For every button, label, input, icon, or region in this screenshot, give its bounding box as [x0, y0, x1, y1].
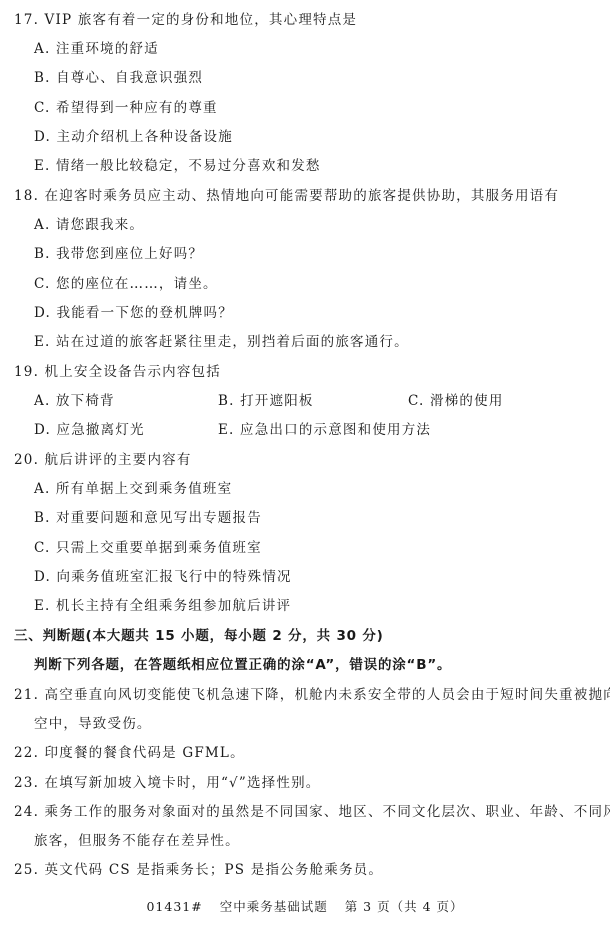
question-stem: 20. 航后讲评的主要内容有: [14, 451, 192, 469]
option-d: D. 我能看一下您的登机牌吗？: [34, 304, 233, 322]
question-stem: 19. 机上安全设备告示内容包括: [14, 363, 221, 381]
option-e: E. 应急出口的示意图和使用方法: [218, 421, 431, 439]
question-23: 23. 在填写新加坡入境卡时，用“√”选择性别。: [14, 774, 320, 792]
question-24: 24. 乘务工作的服务对象面对的虽然是不同国家、地区、不同文化层次、职业、年龄、…: [14, 803, 610, 821]
exam-code: 01431#: [146, 899, 202, 914]
question-22: 22. 印度餐的餐食代码是 GFML。: [14, 744, 245, 762]
option-a: A. 注重环境的舒适: [34, 40, 159, 58]
option-a: A. 请您跟我来。: [34, 216, 144, 234]
option-b: B. 打开遮阳板: [218, 392, 314, 410]
option-e: E. 机长主持有全组乘务组参加航后讲评: [34, 597, 291, 615]
option-d: D. 主动介绍机上各种设备设施: [34, 128, 233, 146]
option-b: B. 我带您到座位上好吗？: [34, 245, 203, 263]
option-b: B. 自尊心、自我意识强烈: [34, 69, 203, 87]
option-d: D. 应急撤离灯光: [34, 421, 145, 439]
page-number: 第 3 页（共 4 页）: [345, 899, 464, 914]
page-footer: 01431# 空中乘务基础试题 第 3 页（共 4 页）: [0, 897, 610, 915]
section-instruction: 判断下列各题，在答题纸相应位置正确的涂“A”，错误的涂“B”。: [34, 656, 451, 674]
option-d: D. 向乘务值班室汇报飞行中的特殊情况: [34, 568, 292, 586]
exam-title: 空中乘务基础试题: [220, 899, 328, 914]
question-21: 21. 高空垂直向风切变能使飞机急速下降，机舱内未系安全带的人员会由于短时间失重…: [14, 686, 610, 704]
question-25: 25. 英文代码 CS 是指乘务长；PS 是指公务舱乘务员。: [14, 861, 383, 879]
option-c: C. 希望得到一种应有的尊重: [34, 99, 218, 117]
option-e: E. 站在过道的旅客赶紧往里走，别挡着后面的旅客通行。: [34, 333, 409, 351]
option-c: C. 只需上交重要单据到乘务值班室: [34, 539, 262, 557]
question-24-continued: 旅客，但服务不能存在差异性。: [34, 832, 240, 850]
option-b: B. 对重要问题和意见写出专题报告: [34, 509, 262, 527]
option-c: C. 您的座位在……，请坐。: [34, 275, 218, 293]
option-e: E. 情绪一般比较稳定，不易过分喜欢和发愁: [34, 157, 321, 175]
option-a: A. 放下椅背: [34, 392, 115, 410]
question-21-continued: 空中，导致受伤。: [34, 715, 152, 733]
option-a: A. 所有单据上交到乘务值班室: [34, 480, 232, 498]
question-stem: 17. VIP 旅客有着一定的身份和地位，其心理特点是: [14, 11, 357, 29]
option-c: C. 滑梯的使用: [408, 392, 504, 410]
section-title: 三、判断题(本大题共 15 小题，每小题 2 分，共 30 分): [14, 627, 384, 645]
question-stem: 18. 在迎客时乘务员应主动、热情地向可能需要帮助的旅客提供协助，其服务用语有: [14, 187, 559, 205]
